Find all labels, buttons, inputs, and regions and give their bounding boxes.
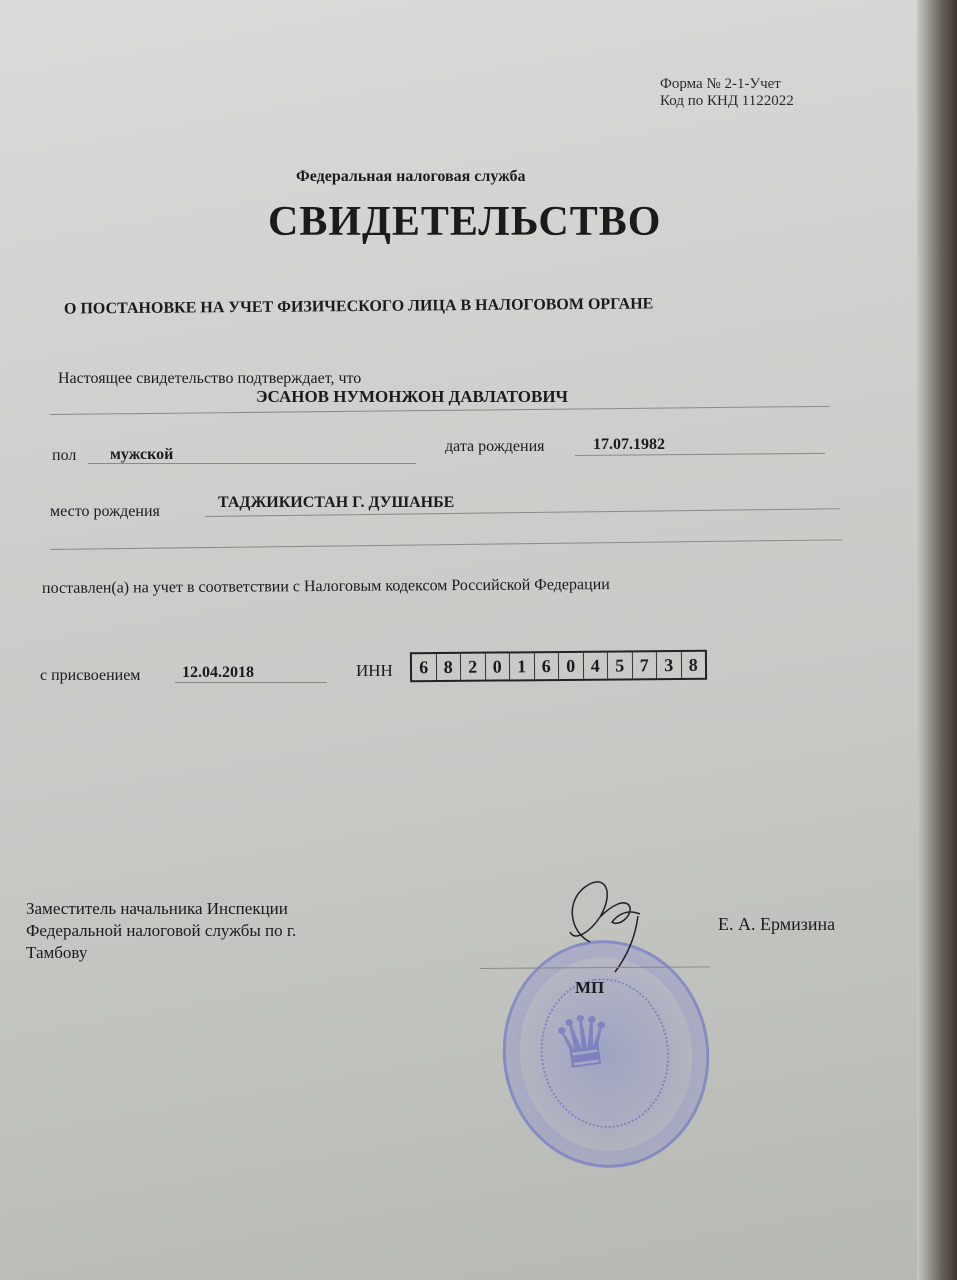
inn-digit: 6 (534, 653, 559, 679)
inn-digit: 8 (436, 654, 461, 680)
inn-digit: 3 (657, 652, 682, 678)
inn-digit: 8 (681, 652, 705, 678)
sex-underline (88, 463, 416, 464)
inn-boxes: 682016045738 (410, 650, 707, 683)
position-line-1: Заместитель начальника Инспекции (26, 898, 296, 920)
certificate-paper (0, 0, 957, 1280)
inn-label: ИНН (356, 661, 393, 681)
assigned-label: с присвоением (40, 667, 140, 685)
form-number: Форма № 2-1-Учет Код по КНД 1122022 (660, 76, 794, 110)
signer-position: Заместитель начальника Инспекции Федерал… (26, 898, 296, 964)
sex-label: пол (52, 447, 76, 465)
signer-name: Е. А. Ермизина (718, 914, 835, 935)
inn-digit: 4 (583, 653, 608, 679)
eagle-emblem-icon: ♛ (547, 997, 621, 1088)
birth-place-label: место рождения (50, 503, 160, 521)
assigned-date-underline (175, 682, 327, 683)
inn-digit: 7 (632, 652, 657, 678)
form-number-text: Форма № 2-1-Учет (660, 76, 794, 93)
inn-digit: 6 (412, 654, 437, 680)
position-line-2: Федеральной налоговой службы по г. (26, 920, 296, 942)
birth-place-value: ТАДЖИКИСТАН Г. ДУШАНБЕ (218, 494, 454, 512)
inn-digit: 5 (608, 652, 633, 678)
inn-digit: 0 (559, 653, 584, 679)
inn-digit: 0 (485, 653, 510, 679)
full-name: ЭСАНОВ НУМОНЖОН ДАВЛАТОВИЧ (256, 387, 568, 407)
agency-name: Федеральная налоговая служба (296, 168, 526, 186)
document-title: СВИДЕТЕЛЬСТВО (268, 198, 661, 246)
knd-code: Код по КНД 1122022 (660, 93, 794, 110)
birth-date-value: 17.07.1982 (593, 436, 665, 454)
assigned-date: 12.04.2018 (182, 664, 254, 682)
position-line-3: Тамбову (26, 942, 296, 964)
signature-icon (530, 872, 680, 977)
paper-edge (917, 0, 957, 1280)
inn-digit: 1 (510, 653, 535, 679)
sex-value: мужской (110, 446, 173, 464)
inn-digit: 2 (461, 654, 486, 680)
stamp-label: МП (575, 978, 604, 998)
confirms-label: Настоящее свидетельство подтверждает, чт… (58, 370, 361, 388)
birth-date-label: дата рождения (445, 438, 545, 456)
